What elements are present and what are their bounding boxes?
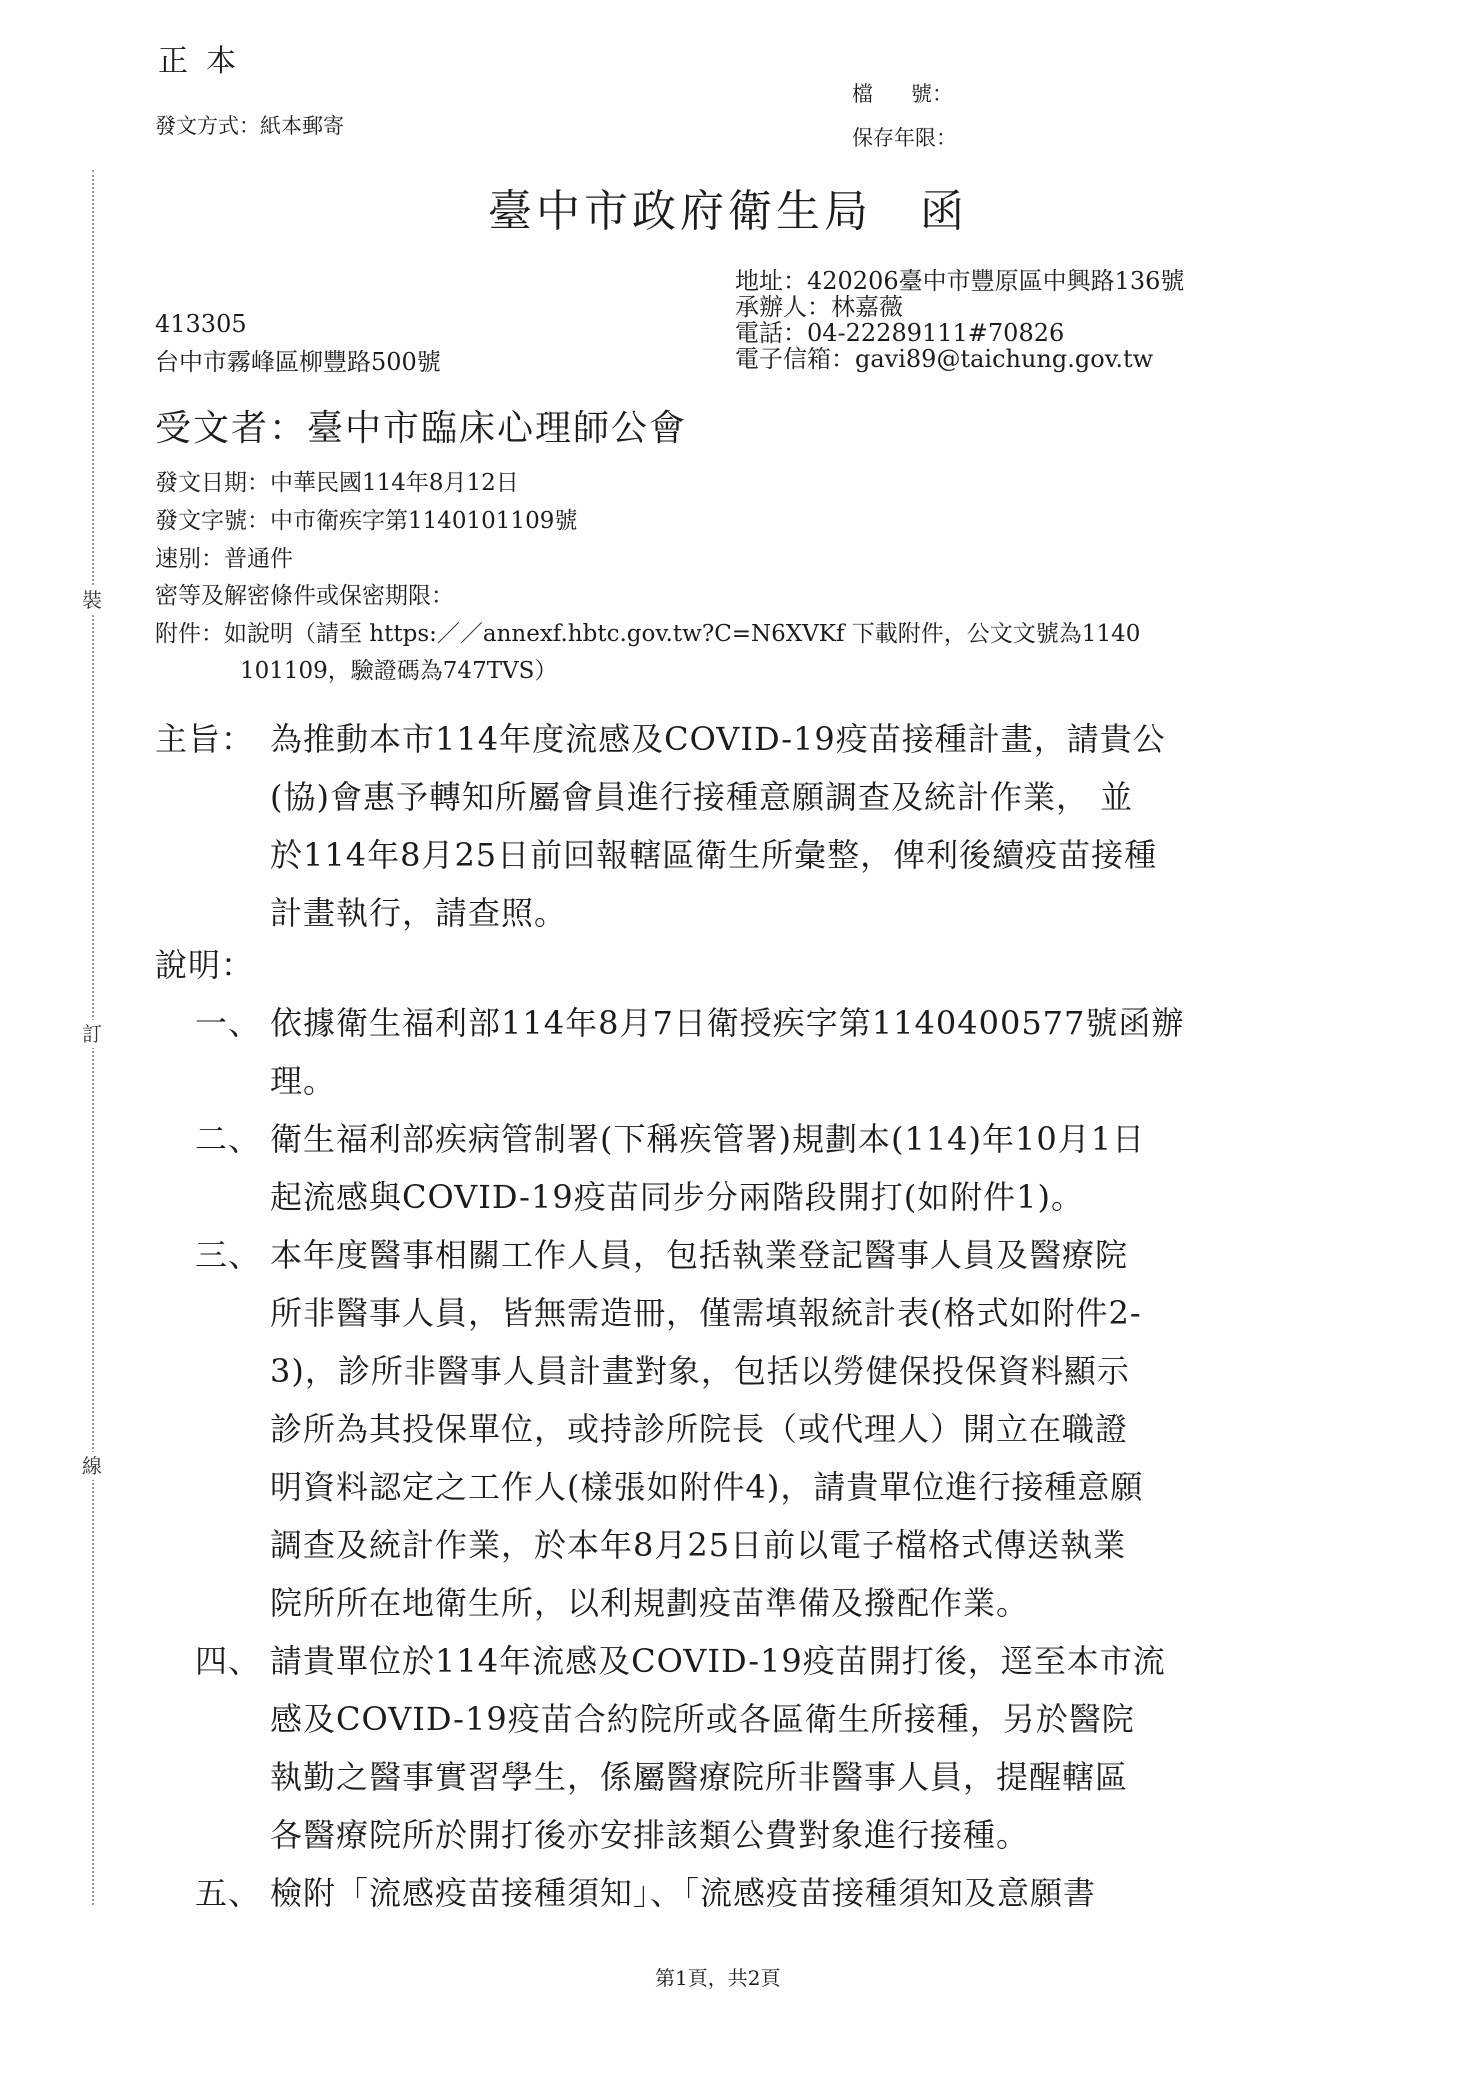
- item-line: 起流感與COVID-19疫苗同步分兩階段開打(如附件1)。: [270, 1172, 1084, 1218]
- binding-mark-staple: 訂: [82, 1020, 102, 1048]
- secrecy-level: 密等及解密條件或保密期限：: [155, 577, 454, 610]
- item-line: 所非醫事人員，皆無需造冊，僅需填報統計表(格式如附件2-: [270, 1288, 1142, 1334]
- item-line: 衛生福利部疾病管制署(下稱疾管署)規劃本(114)年10月1日: [270, 1114, 1145, 1160]
- page-indicator: 第1頁，共2頁: [655, 1962, 780, 1991]
- original-copy-label: 正本: [158, 36, 254, 80]
- binding-mark-bind: 裝: [82, 586, 102, 614]
- recipient: 受文者：臺中市臨床心理師公會: [155, 400, 687, 451]
- item-number: 五、: [195, 1868, 261, 1914]
- sender-email: 電子信箱：gavi89@taichung.gov.tw: [735, 346, 1184, 372]
- sender-info: 地址：420206臺中市豐原區中興路136號 承辦人：林嘉薇 電話：04-222…: [735, 268, 1184, 372]
- file-number-field: 檔號：: [852, 78, 953, 108]
- attachment-line-1: 附件：如說明（請至 https:／／annexf.hbtc.gov.tw?C=N…: [155, 615, 1140, 648]
- item-line: 請貴單位於114年流感及COVID-19疫苗開打後，逕至本市流: [270, 1636, 1166, 1682]
- subject-line: 於114年8月25日前回報轄區衛生所彙整，俾利後續疫苗接種: [270, 830, 1157, 876]
- binding-mark-line: 線: [82, 1452, 102, 1480]
- attachment-line-2: 101109，驗證碼為747TVS）: [240, 652, 557, 685]
- document-number: 發文字號：中市衛疾字第1140101109號: [155, 502, 577, 535]
- item-line: 診所為其投保單位，或持診所院長（或代理人）開立在職證: [270, 1404, 1128, 1450]
- retention-period-field: 保存年限：: [852, 122, 957, 152]
- item-line: 執勤之醫事實習學生，係屬醫療院所非醫事人員，提醒轄區: [270, 1752, 1128, 1798]
- file-number-label-1: 檔: [852, 82, 873, 106]
- item-line: 調查及統計作業，於本年8月25日前以電子檔格式傳送執業: [270, 1520, 1126, 1566]
- item-line: 依據衛生福利部114年8月7日衛授疾字第1140400577號函辦: [270, 998, 1184, 1044]
- delivery-speed: 速別：普通件: [155, 540, 293, 573]
- item-line: 感及COVID-19疫苗合約院所或各區衛生所接種，另於醫院: [270, 1694, 1135, 1740]
- item-number: 一、: [195, 998, 261, 1044]
- sender-handler: 承辦人：林嘉薇: [735, 294, 1184, 320]
- subject-label: 主旨：: [155, 714, 254, 760]
- explanation-label: 說明：: [155, 940, 254, 986]
- item-number: 三、: [195, 1230, 261, 1276]
- item-line: 本年度醫事相關工作人員，包括執業登記醫事人員及醫療院: [270, 1230, 1128, 1276]
- subject-line: (協)會惠予轉知所屬會員進行接種意願調查及統計作業， 並: [270, 772, 1133, 818]
- receiver-zip-code: 413305: [155, 310, 247, 338]
- item-line: 檢附「流感疫苗接種須知」、「流感疫苗接種須知及意願書: [270, 1868, 1096, 1914]
- item-line: 明資料認定之工作人(樣張如附件4)，請貴單位進行接種意願: [270, 1462, 1143, 1508]
- item-number: 二、: [195, 1114, 261, 1160]
- send-method: 發文方式：紙本郵寄: [155, 110, 344, 140]
- document-title: 臺中市政府衛生局函: [488, 175, 968, 239]
- item-line: 院所所在地衛生所，以利規劃疫苗準備及撥配作業。: [270, 1578, 1029, 1624]
- subject-line: 計畫執行，請查照。: [270, 888, 567, 934]
- document-type: 函: [920, 186, 968, 237]
- file-number-label-2: 號：: [911, 82, 953, 106]
- subject-line: 為推動本市114年度流感及COVID-19疫苗接種計畫，請貴公: [270, 714, 1166, 760]
- document-page: 裝 訂 線 正本 發文方式：紙本郵寄 檔號： 保存年限： 臺中市政府衛生局函 地…: [0, 0, 1468, 2074]
- item-line: 各醫療院所於開打後亦安排該類公費對象進行接種。: [270, 1810, 1029, 1856]
- item-number: 四、: [195, 1636, 261, 1682]
- issuing-organization: 臺中市政府衛生局: [488, 186, 872, 237]
- issue-date: 發文日期：中華民國114年8月12日: [155, 464, 519, 497]
- item-line: 3)，診所非醫事人員計畫對象，包括以勞健保投保資料顯示: [270, 1346, 1130, 1392]
- item-line: 理。: [270, 1056, 336, 1102]
- sender-address: 地址：420206臺中市豐原區中興路136號: [735, 268, 1184, 294]
- sender-phone: 電話：04-22289111#70826: [735, 320, 1184, 346]
- receiver-street-address: 台中市霧峰區柳豐路500號: [155, 342, 441, 377]
